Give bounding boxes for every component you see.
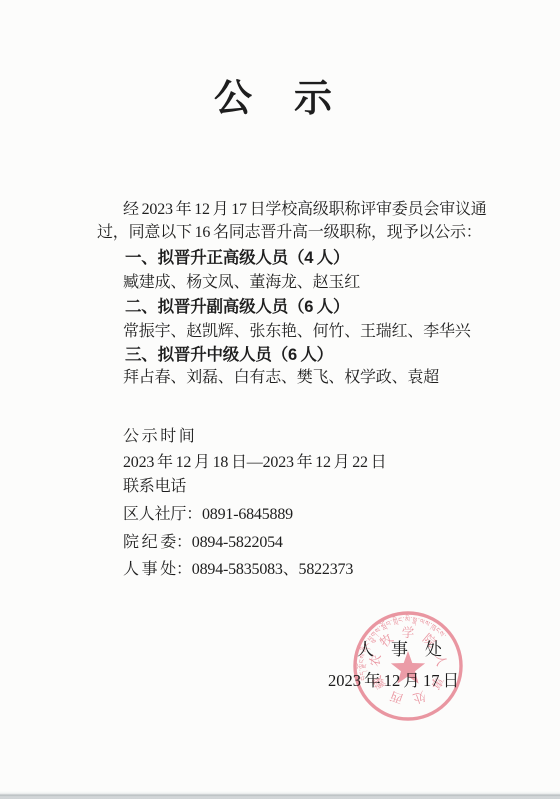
notice-period-label: 公 示 时 间 [123,428,195,446]
seal-ring-char: 人 [433,653,449,668]
contact-item-2: 院 纪 委：0894-5822054 [123,534,283,552]
notice-title: 公 示 [0,80,548,118]
seal-ring-char: 处 [411,688,428,707]
contact-item-3: 人 事 处：0894-5835083、5822373 [123,561,353,579]
contact-label: 联系电话 [123,478,186,496]
section-names-2: 常振宇、赵凯辉、张东艳、何竹、王瑞红、李华兴 [123,323,471,341]
seal-ring-char: 西 [388,688,405,706]
section-names-3: 拜占春、刘磊、白有志、樊飞、权学政、袁超 [123,369,439,387]
document-page: 公 示 经 2023 年 12 月 17 日学校高级职称评审委员会审议通 过，同… [0,0,560,799]
intro-line-1: 经 2023 年 12 月 17 日学校高级职称评审委员会审议通 [123,201,487,219]
scan-bottom-edge [0,791,560,799]
seal-ring-char: 学 [402,626,415,640]
section-names-1: 臧建成、杨文凤、董海龙、赵玉红 [123,274,360,292]
intro-line-2: 过，同意以下 16 名同志晋升高一级职称，现予以公示： [97,224,482,242]
seal-ring-char: 农 [368,652,384,667]
section-heading-3: 三、拟晋升中级人员（6 人） [125,346,333,364]
seal-star-icon [391,651,425,684]
seal-ring-char: 事 [427,674,446,693]
official-seal: བོད་ལྗོངས་ཞིང་ཕྱུགས་སློབ་གླིང་མི་སྣ་ལས་ཁ… [349,607,467,725]
notice-period-value: 2023 年 12 月 18 日—2023 年 12 月 22 日 [123,454,386,472]
contact-item-1: 区人社厅：0891-6845889 [123,506,293,524]
section-heading-1: 一、拟晋升正高级人员（4 人） [125,249,349,267]
seal-ring-char: 藏 [369,673,388,692]
section-heading-2: 二、拟晋升副高级人员（6 人） [125,298,349,316]
